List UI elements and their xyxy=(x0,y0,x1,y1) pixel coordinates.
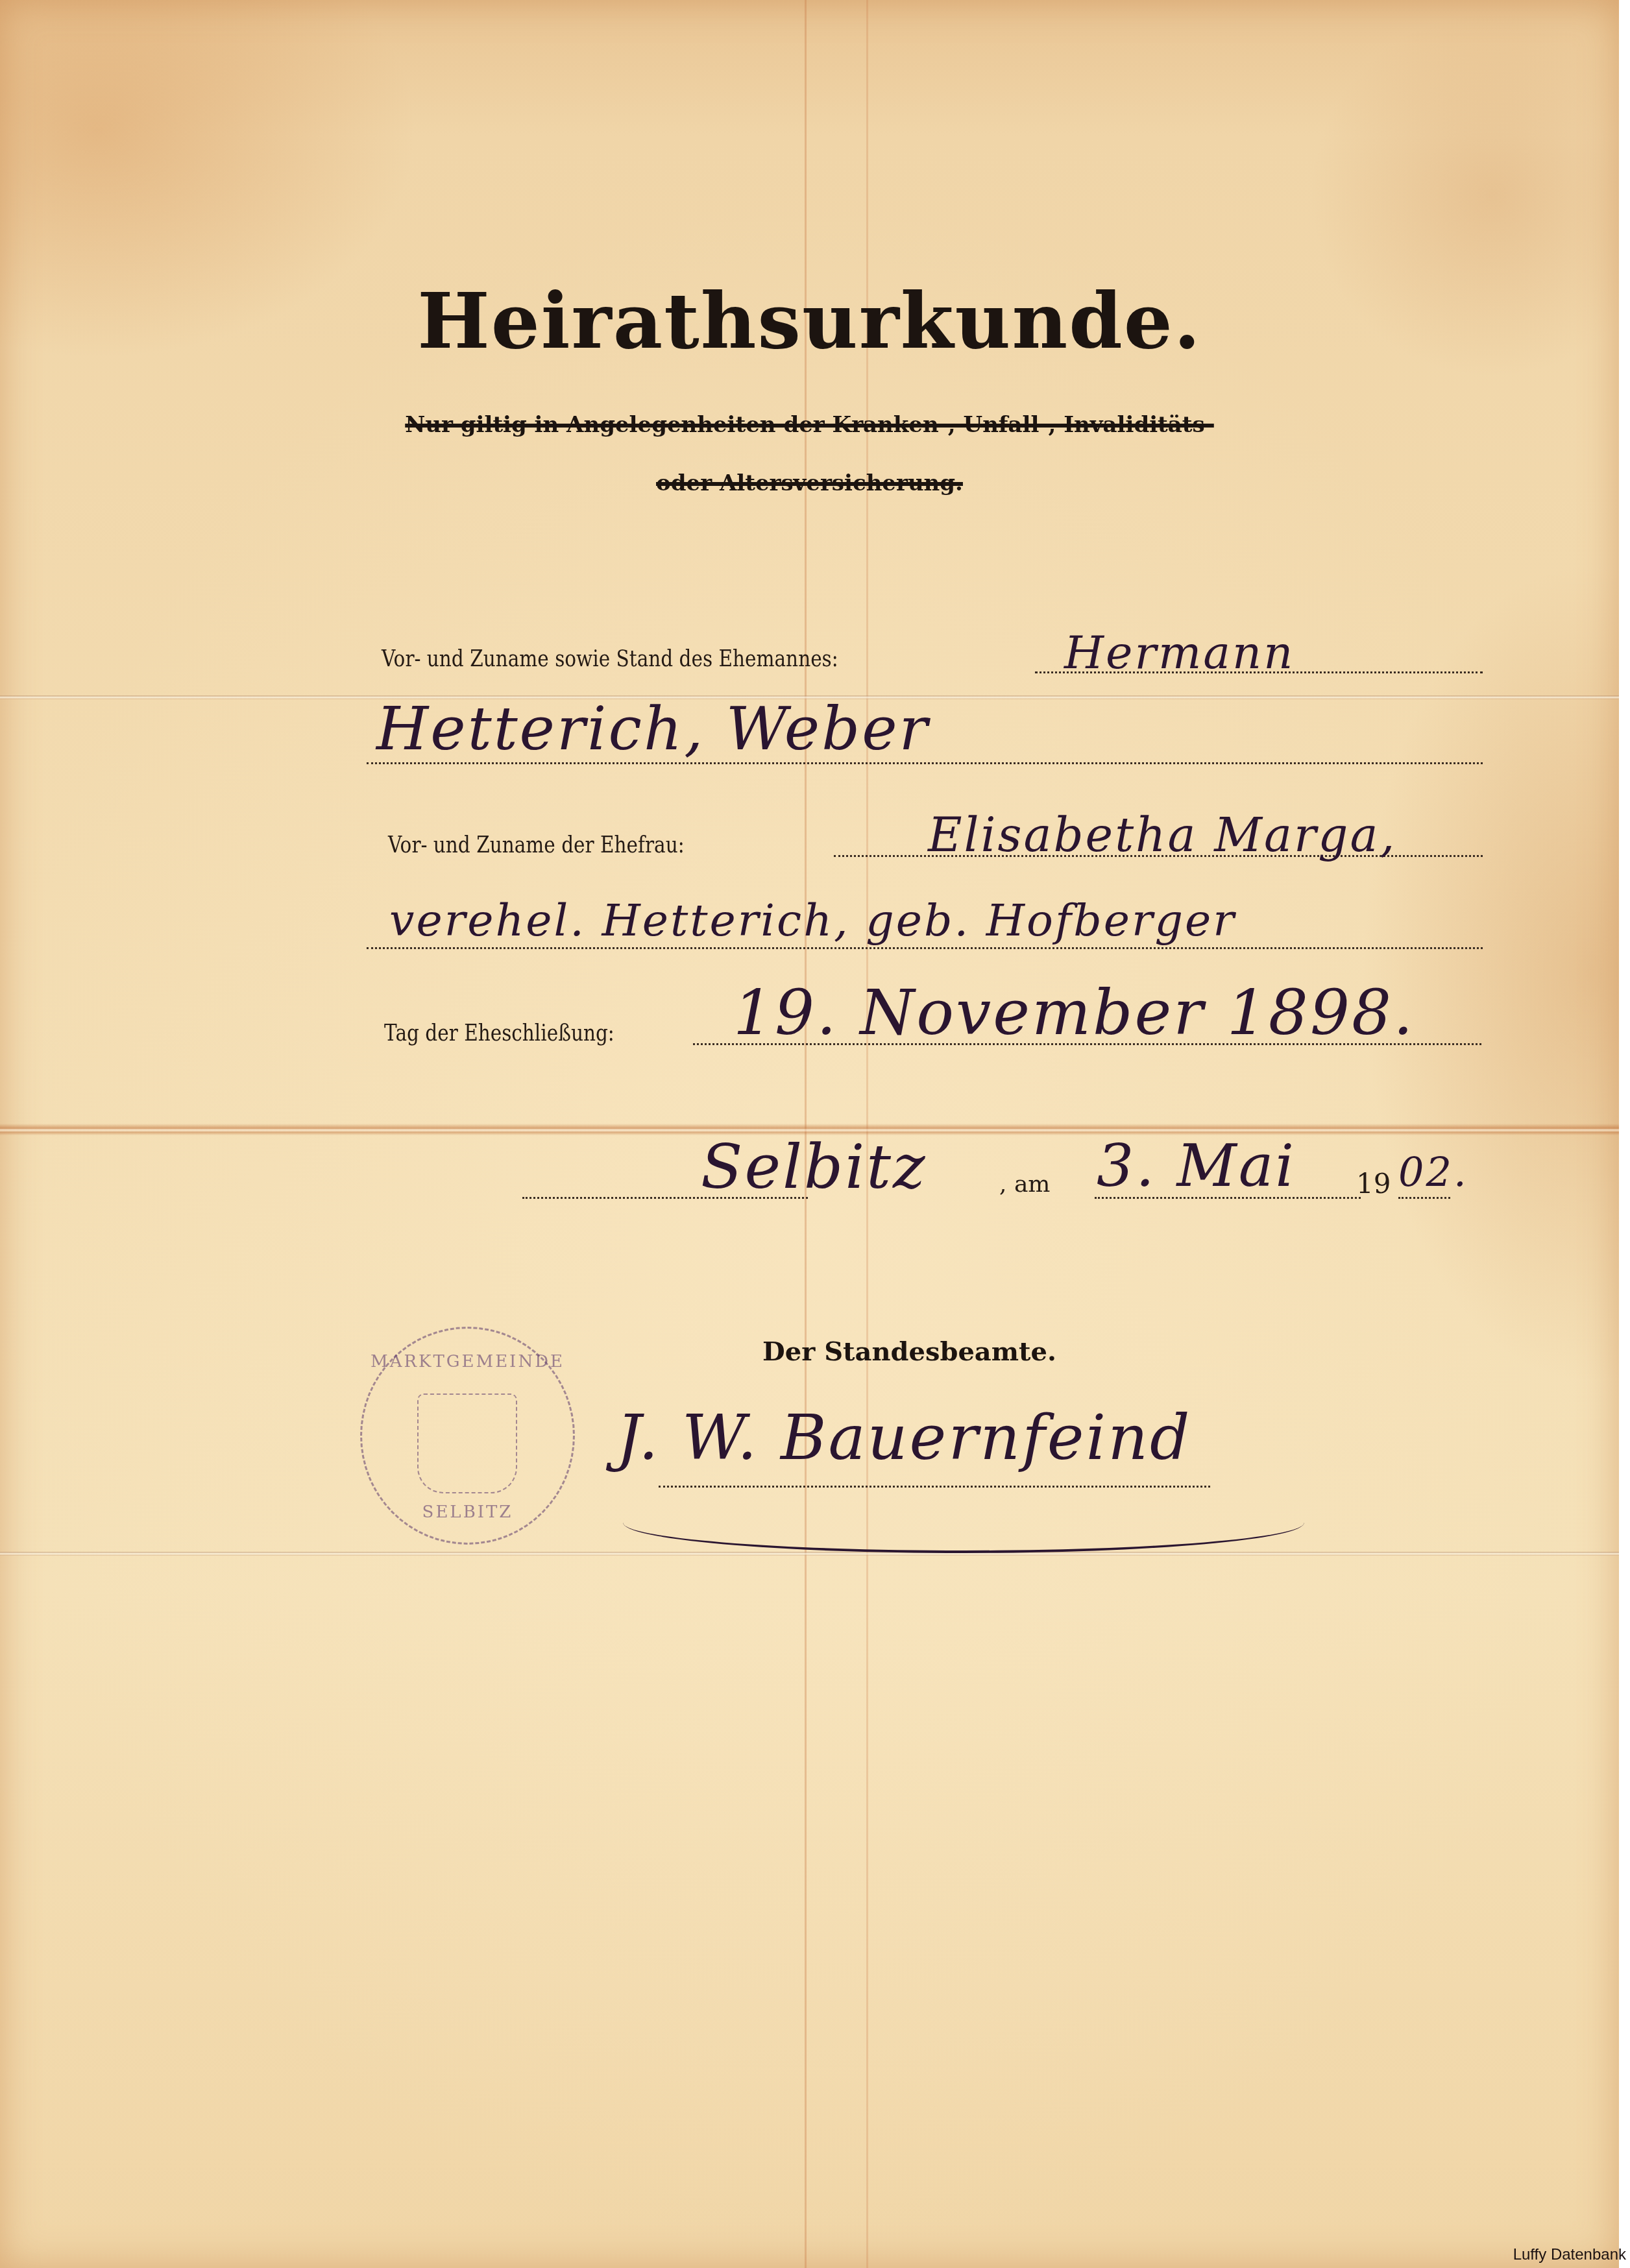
wife-line-2 xyxy=(367,947,1483,949)
marriage-date-label: Tag der Eheschließung: xyxy=(384,1020,614,1046)
wife-label: Vor- und Zuname der Ehefrau: xyxy=(388,832,685,858)
document-title: Heirathsurkunde. xyxy=(0,276,1619,366)
signature-line xyxy=(659,1486,1210,1488)
wife-value-line-2: verehel. Hetterich, geb. Hofberger xyxy=(389,895,1236,947)
struck-notice-line-2: oder Altersversicherung. xyxy=(0,470,1619,496)
watermark: Luffy Datenbank xyxy=(1513,2246,1626,2264)
document-paper: Heirathsurkunde. Nur giltig in Angelegen… xyxy=(0,0,1619,2268)
horizontal-fold xyxy=(0,1552,1619,1556)
stamp-top-text: MARKTGEMEINDE xyxy=(362,1352,573,1371)
marriage-date-value: 19. November 1898. xyxy=(733,976,1415,1049)
husband-label: Vor- und Zuname sowie Stand des Ehemanne… xyxy=(382,645,838,672)
struck-notice-line-1: Nur giltig in Angelegenheiten der Kranke… xyxy=(0,412,1619,438)
year-line xyxy=(1398,1197,1450,1199)
registrar-label: Der Standesbeamte. xyxy=(762,1336,1056,1367)
husband-value-line-2: Hetterich, Weber xyxy=(376,694,930,764)
coat-of-arms-icon xyxy=(417,1393,517,1493)
wife-value-line-1: Elisabetha Marga, xyxy=(928,808,1396,862)
registrar-signature: J. W. Bauernfeind xyxy=(616,1401,1191,1474)
issue-day-month: 3. Mai xyxy=(1097,1132,1296,1200)
place-value: Selbitz xyxy=(701,1132,927,1203)
year-suffix: 02. xyxy=(1398,1148,1468,1196)
official-stamp: MARKTGEMEINDE SELBITZ xyxy=(360,1327,575,1545)
husband-value-line-1: Hermann xyxy=(1064,626,1295,679)
year-prefix: 19 xyxy=(1356,1168,1391,1200)
stamp-bottom-text: SELBITZ xyxy=(362,1502,573,1522)
signature-flourish xyxy=(623,1492,1304,1553)
am-label: , am xyxy=(999,1171,1051,1198)
